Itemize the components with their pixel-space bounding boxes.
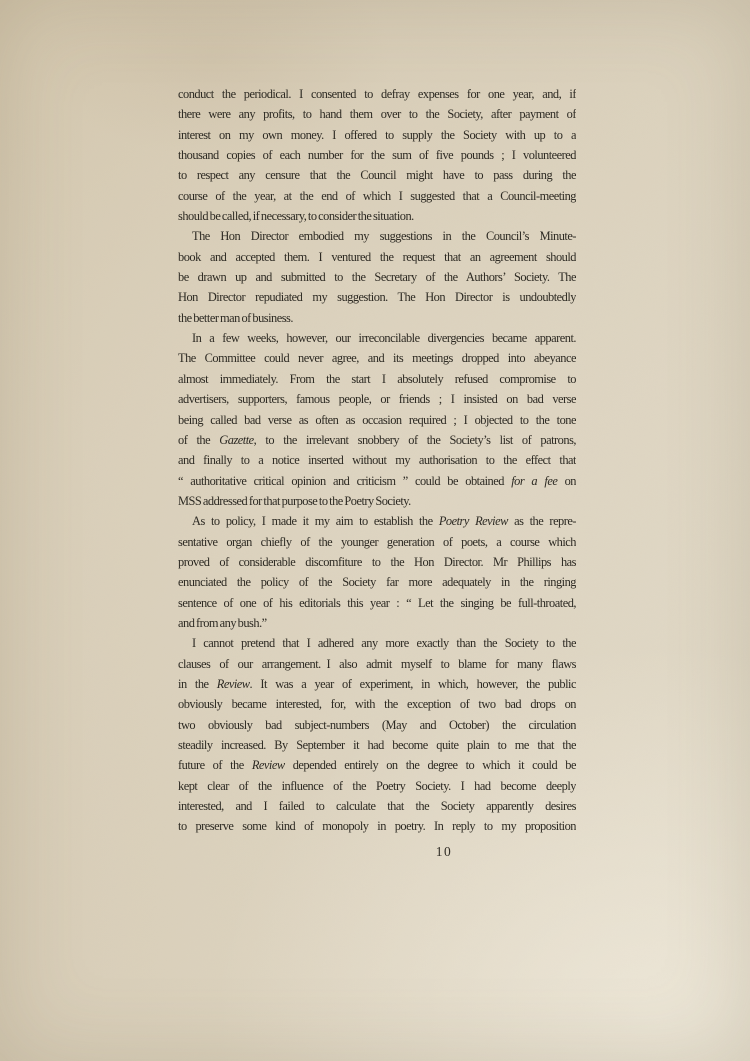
paragraph: As to policy, I made it my aim to establ… (178, 511, 576, 633)
text-segment: the better man of business. (178, 311, 293, 325)
text-segment: and from any bush.” (178, 616, 267, 630)
text-line: The Committee could never agree, and its… (178, 348, 576, 368)
text-segment: almost immediately. From the start I abs… (178, 372, 576, 386)
text-line: enunciated the policy of the Society far… (178, 572, 576, 592)
text-segment: book and accepted them. I ventured the r… (178, 250, 576, 264)
text-segment: The Hon Director embodied my suggestions… (192, 229, 576, 243)
text-line: in the Review. It was a year of experime… (178, 674, 576, 694)
text-segment: sentence of one of his editorials this y… (178, 596, 576, 610)
text-segment: proved of considerable discomfiture to t… (178, 555, 576, 569)
text-segment: as the repre- (508, 514, 576, 528)
text-segment: depended entirely on the degree to which… (285, 758, 576, 772)
text-segment: and finally to a notice inserted without… (178, 453, 576, 467)
text-segment: steadily increased. By September it had … (178, 738, 576, 752)
text-line: thousand copies of each number for the s… (178, 145, 576, 165)
text-segment: MSS addressed for that purpose to the Po… (178, 494, 411, 508)
paragraph: In a few weeks, however, our irreconcila… (178, 328, 576, 511)
text-segment: sentative organ chiefly of the younger g… (178, 535, 576, 549)
text-segment: Hon Director repudiated my suggestion. T… (178, 290, 576, 304)
text-line: should be called, if necessary, to consi… (178, 206, 576, 226)
text-block: conduct the periodical. I consented to d… (178, 84, 576, 837)
italic-text-segment: Gazette (219, 433, 253, 447)
text-segment: being called bad verse as often as occas… (178, 413, 576, 427)
text-line: the better man of business. (178, 308, 576, 328)
text-line: course of the year, at the end of which … (178, 186, 576, 206)
italic-text-segment: Review (217, 677, 250, 691)
text-line: “ authoritative critical opinion and cri… (178, 471, 576, 491)
text-segment: be drawn up and submitted to the Secreta… (178, 270, 576, 284)
text-line: almost immediately. From the start I abs… (178, 369, 576, 389)
text-line: sentence of one of his editorials this y… (178, 593, 576, 613)
text-line: steadily increased. By September it had … (178, 735, 576, 755)
text-segment: to respect any censure that the Council … (178, 168, 576, 182)
text-line: obviously became interested, for, with t… (178, 694, 576, 714)
text-line: and from any bush.” (178, 613, 576, 633)
text-line: sentative organ chiefly of the younger g… (178, 532, 576, 552)
text-segment: The Committee could never agree, and its… (178, 351, 576, 365)
text-segment: future of the (178, 758, 252, 772)
text-line: interest on my own money. I offered to s… (178, 125, 576, 145)
text-segment: to preserve some kind of monopoly in poe… (178, 819, 576, 833)
text-segment: clauses of our arrangement. I also admit… (178, 657, 576, 671)
text-line: interested, and I failed to calculate th… (178, 796, 576, 816)
text-line: The Hon Director embodied my suggestions… (178, 226, 576, 246)
text-line: to preserve some kind of monopoly in poe… (178, 816, 576, 836)
paragraph: conduct the periodical. I consented to d… (178, 84, 576, 226)
italic-text-segment: for a fee (511, 474, 557, 488)
text-line: advertisers, supporters, famous people, … (178, 389, 576, 409)
text-segment: in the (178, 677, 217, 691)
text-line: of the Gazette, to the irrelevant snobbe… (178, 430, 576, 450)
text-line: conduct the periodical. I consented to d… (178, 84, 576, 104)
text-segment: , to the irrelevant snobbery of the Soci… (254, 433, 576, 447)
text-line: to respect any censure that the Council … (178, 165, 576, 185)
text-segment: advertisers, supporters, famous people, … (178, 392, 576, 406)
text-line: book and accepted them. I ventured the r… (178, 247, 576, 267)
text-line: there were any profits, to hand them ove… (178, 104, 576, 124)
paragraph: I cannot pretend that I adhered any more… (178, 633, 576, 836)
text-line: proved of considerable discomfiture to t… (178, 552, 576, 572)
text-segment: obviously became interested, for, with t… (178, 697, 576, 711)
text-segment: on (557, 474, 576, 488)
paragraph: The Hon Director embodied my suggestions… (178, 226, 576, 328)
text-segment: “ authoritative critical opinion and cri… (178, 474, 511, 488)
text-segment: two obviously bad subject-numbers (May a… (178, 718, 576, 732)
text-line: future of the Review depended entirely o… (178, 755, 576, 775)
page-number: 10 (414, 844, 474, 860)
text-segment: should be called, if necessary, to consi… (178, 209, 414, 223)
text-segment: kept clear of the influence of the Poetr… (178, 779, 576, 793)
text-segment: interest on my own money. I offered to s… (178, 128, 576, 142)
text-line: As to policy, I made it my aim to establ… (178, 511, 576, 531)
italic-text-segment: Review (252, 758, 285, 772)
text-segment: I cannot pretend that I adhered any more… (192, 636, 576, 650)
text-segment: interested, and I failed to calculate th… (178, 799, 576, 813)
text-segment: In a few weeks, however, our irreconcila… (192, 331, 576, 345)
text-line: and finally to a notice inserted without… (178, 450, 576, 470)
text-segment: . It was a year of experiment, in which,… (250, 677, 576, 691)
text-segment: enunciated the policy of the Society far… (178, 575, 576, 589)
text-segment: of the (178, 433, 219, 447)
text-line: two obviously bad subject-numbers (May a… (178, 715, 576, 735)
text-line: Hon Director repudiated my suggestion. T… (178, 287, 576, 307)
text-line: be drawn up and submitted to the Secreta… (178, 267, 576, 287)
text-segment: there were any profits, to hand them ove… (178, 107, 576, 121)
text-line: clauses of our arrangement. I also admit… (178, 654, 576, 674)
text-segment: conduct the periodical. I consented to d… (178, 87, 576, 101)
text-line: kept clear of the influence of the Poetr… (178, 776, 576, 796)
text-segment: thousand copies of each number for the s… (178, 148, 576, 162)
text-line: In a few weeks, however, our irreconcila… (178, 328, 576, 348)
text-line: MSS addressed for that purpose to the Po… (178, 491, 576, 511)
text-segment: course of the year, at the end of which … (178, 189, 576, 203)
italic-text-segment: Poetry Review (439, 514, 508, 528)
text-line: being called bad verse as often as occas… (178, 410, 576, 430)
text-segment: As to policy, I made it my aim to establ… (192, 514, 439, 528)
text-line: I cannot pretend that I adhered any more… (178, 633, 576, 653)
